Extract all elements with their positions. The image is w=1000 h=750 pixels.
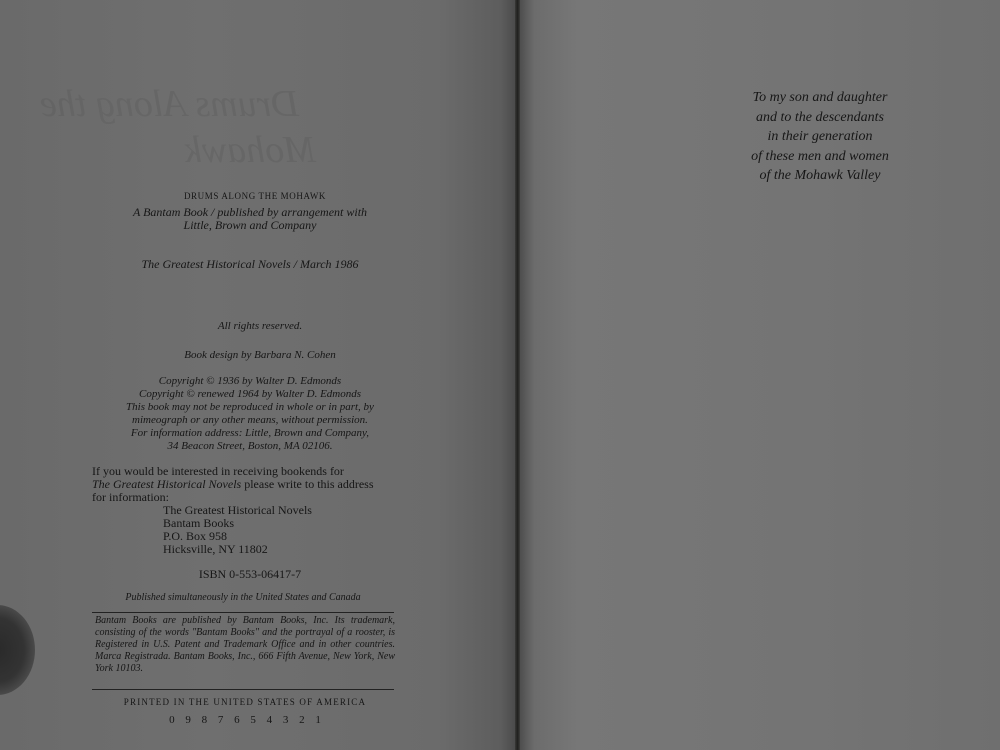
dedication: To my son and daughter and to the descen… [700, 88, 940, 186]
series-name: The Greatest Historical Novels [92, 477, 241, 491]
design-credit: Book design by Barbara N. Cohen [130, 349, 390, 362]
dedication-line: and to the descendants [700, 108, 940, 128]
mailing-address: The Greatest Historical Novels Bantam Bo… [163, 504, 402, 556]
publisher-line: Little, Brown and Company [110, 219, 390, 232]
address-line: Hicksville, NY 11802 [163, 543, 402, 556]
series-edition: The Greatest Historical Novels / March 1… [120, 258, 380, 271]
left-page-copyright: Drums Along the Mohawk DRUMS ALONG THE M… [0, 0, 516, 750]
copyright-line: Copyright © renewed 1964 by Walter D. Ed… [100, 388, 400, 401]
print-line: 0 9 8 7 6 5 4 3 2 1 [120, 714, 370, 726]
copyright-notice: Copyright © 1936 by Walter D. Edmonds Co… [100, 375, 400, 453]
copyright-line: mimeograph or any other means, without p… [100, 414, 400, 427]
bookends-text: please write to this address [241, 477, 373, 491]
divider [92, 689, 394, 690]
finger-shadow [0, 605, 35, 695]
copyright-line: For information address: Little, Brown a… [100, 427, 400, 440]
trademark-notice: Bantam Books are published by Bantam Boo… [95, 615, 395, 675]
copyright-line: Copyright © 1936 by Walter D. Edmonds [100, 375, 400, 388]
published-note: Published simultaneously in the United S… [88, 592, 398, 603]
book-title: DRUMS ALONG THE MOHAWK [130, 191, 380, 201]
dedication-line: of these men and women [700, 147, 940, 167]
copyright-line: This book may not be reproduced in whole… [100, 401, 400, 414]
bleed-through-text: Drums Along the [40, 82, 299, 126]
rights-reserved: All rights reserved. [150, 320, 370, 333]
isbn: ISBN 0-553-06417-7 [120, 567, 380, 582]
dedication-line: of the Mohawk Valley [700, 166, 940, 186]
copyright-line: 34 Beacon Street, Boston, MA 02106. [100, 440, 400, 453]
divider [92, 612, 394, 613]
dedication-line: To my son and daughter [700, 88, 940, 108]
bleed-through-text: Mohawk [185, 128, 316, 172]
publisher-note: A Bantam Book / published by arrangement… [110, 206, 390, 232]
printed-in: PRINTED IN THE UNITED STATES OF AMERICA [90, 697, 400, 707]
bookends-offer: If you would be interested in receiving … [92, 465, 402, 556]
dedication-line: in their generation [700, 127, 940, 147]
